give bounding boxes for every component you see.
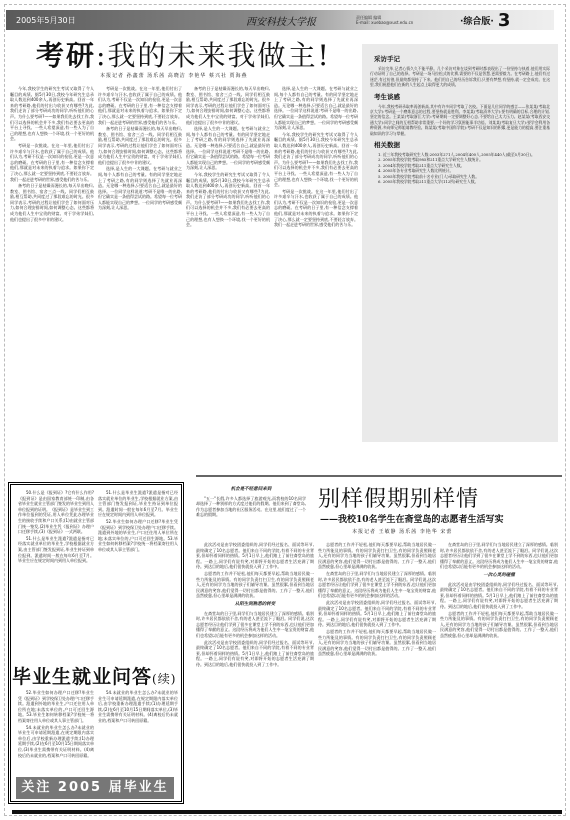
paragraph: 此次活动是由学校团委组织的,同学们经过报名、面试等环节,最终确定了10名志愿者。… xyxy=(440,582,558,610)
article2-column-3: 在斋堂岛的日子里,同学们与当地居民建立了深厚的感情。临别时,许多居民都依依不舍,… xyxy=(440,542,558,806)
paragraph: 在斋堂岛的日子里,同学们与当地居民建立了深厚的感情。临别时,许多居民都依依不舍,… xyxy=(440,542,558,570)
paragraph: 志愿者的工作并不轻松,他们每天都要早起,帮助当地居民做一些力所能及的事情。有的同… xyxy=(318,542,436,570)
article1-byline: 本报记者 孙鑫蕾 汤乐茜 高晓洁 李艳华 蔡兴社 贾海燕 xyxy=(100,72,248,79)
article2-headline: 别样假期别样情 xyxy=(318,482,479,513)
sidebar-text-student-thoughts: 今年,我校考研录取率再创新高,其中有许多同学考取了名校。下面是几位同学的感言——… xyxy=(370,104,550,136)
article1-headline: 考研:我的未来我做主! xyxy=(36,34,331,74)
paragraph: 此次活动是由学校团委组织的,同学们经过报名、面试等环节,最终确定了10名志愿者。… xyxy=(318,600,436,628)
paragraph: 备考的日子是枯燥而漫长的,每天早出晚归,教室、图书馆、宿舍三点一线。同学们相互鼓… xyxy=(186,86,270,125)
qa-column-4: 54.未就业的毕业生怎么办?未就业的毕业生可申请延期派遣,在规定期限内落实单位后… xyxy=(98,690,178,774)
paragraph: 今年,我校考研录取率再创新高,其中有许多同学考取了名校。下面是几位同学的感言——… xyxy=(370,104,550,136)
paragraph: 采访完毕,记者心情久久不能平静。几个采访对象在谈到考研时都表现出了一份坚持与执着… xyxy=(370,66,550,88)
paragraph: 选择,是人生的一大课题。在考研与就业之间,每个人都有自己的考量。有的同学坚定地走… xyxy=(274,86,358,131)
email-line: E-mail: xuebao@xust.edu.cn xyxy=(356,20,413,25)
paragraph: 51.什么是毕业生派遣?派遣是指对已经落实就业单位的毕业生,学校根据就业方案,由… xyxy=(18,536,94,564)
sidebar-heading-related-data: 相关数据 xyxy=(374,140,550,149)
sidebar-data-list: 1. 近三年我校考取研究生人数:2003年271人,2004年400人,2005… xyxy=(370,152,550,184)
bottom-border xyxy=(12,810,562,814)
paragraph: 备考的日子是枯燥而漫长的,每天早出晚归,教室、图书馆、宿舍三点一线。同学们相互鼓… xyxy=(98,126,182,165)
intro-heading: 机会是不经意间来到 xyxy=(196,487,306,493)
article1-column-3: 备考的日子是枯燥而漫长的,每天早出晚归,教室、图书馆、宿舍三点一线。同学们相互鼓… xyxy=(186,86,270,472)
graduates-banner: 关注 2005 届毕业生 xyxy=(16,777,174,799)
article2-intro: 机会是不经意间来到 "五一"长假,许多人都选择了旅游观光,而我校的10名同学却选… xyxy=(196,484,306,540)
paragraph: 54.未就业的毕业生怎么办?未就业的毕业生可申请延期派遣,在规定期限内落实单位后… xyxy=(18,725,94,759)
paragraph: 考研是一次挑战。在这一年里,他们付出了许多艰辛与汗水,也收获了属于自己的成绩。他… xyxy=(274,189,358,228)
paragraph: 选择,是人生的一大课题。在考研与就业之间,每个人都有自己的考量。有的同学坚定地走… xyxy=(186,126,270,171)
masthead-bar: 2005年5月30日 西安科技大学报 责任编辑 编辑 E-mail: xueba… xyxy=(6,10,554,30)
article2-column-2: 志愿者的工作并不轻松,他们每天都要早起,帮助当地居民做一些力所能及的事情。有的同… xyxy=(318,542,436,806)
article2-column-1: 此次活动是由学校团委组织的,同学们经过报名、面试等环节,最终确定了10名志愿者。… xyxy=(196,542,314,806)
article1-column-2: 考研是一次挑战。在这一年里,他们付出了许多艰辛与汗水,也收获了属于自己的成绩。他… xyxy=(98,86,182,472)
paragraph: 54.未就业的毕业生怎么办?未就业的毕业生可申请延期派遣,在规定期限内落实单位后… xyxy=(98,690,178,724)
paragraph: 志愿者的工作并不轻松,他们每天都要早起,帮助当地居民做一些力所能及的事情。有的同… xyxy=(196,571,314,599)
paragraph: 今年,我校学生的研究生考试又取得了令人瞩目的成绩。据5月30日,我校今年研究生总… xyxy=(274,132,358,188)
paragraph: 考研是一次挑战。在这一年里,他们付出了许多艰辛与汗水,也收获了属于自己的成绩。他… xyxy=(10,143,94,182)
article1-column-1: 今年,我校学生的研究生考试又取得了令人瞩目的成绩。据5月30日,我校今年研究生总… xyxy=(10,86,94,472)
sidebar-heading-interview-notes: 采访手记 xyxy=(374,54,550,63)
paragraph: 志愿者的工作并不轻松,他们每天都要早起,帮助当地居民做一些力所能及的事情。有的同… xyxy=(440,611,558,639)
page-number: 3 xyxy=(498,10,511,31)
qa-title: 毕业生就业问答(续) xyxy=(12,662,176,689)
article2-byline: 本报记者 王敏静 汤乐茜 李艳华 宋蕾 xyxy=(352,528,452,535)
paragraph: 52.毕业生如何办理户口迁移?毕业生凭《报到证》到学校保卫处办理户口迁移手续。派… xyxy=(98,519,178,553)
section-label: ·综合版· xyxy=(460,14,494,27)
sidebar-heading-student-thoughts: 考生谈感 xyxy=(374,92,550,101)
paragraph: 今年,我校学生的研究生考试又取得了令人瞩目的成绩。据5月30日,我校今年研究生总… xyxy=(186,172,270,228)
issue-date: 2005年5月30日 xyxy=(6,15,206,26)
newspaper-logo: 西安科技大学报 xyxy=(206,13,356,28)
headline-bold-part: 考研 xyxy=(36,39,96,72)
article1-column-4: 选择,是人生的一大课题。在考研与就业之间,每个人都有自己的考量。有的同学坚定地走… xyxy=(274,86,358,472)
paragraph: 50.什么是《报到证》?它有什么作用?《报到证》是由国家教育部统一印制,由各省毕… xyxy=(18,490,94,535)
paragraph: 志愿者的工作并不轻松,他们每天都要早起,帮助当地居民做一些力所能及的事情。有的同… xyxy=(318,629,436,657)
article2-subheadline: ——我校10名学生在斋堂岛的志愿者生活写实 xyxy=(320,512,504,525)
sidebar-box: 采访手记 采访完毕,记者心情久久不能平静。几个采访对象在谈到考研时都表现出了一份… xyxy=(362,44,558,442)
qa-title-text: 毕业生就业问答 xyxy=(12,666,152,688)
qa-column-1: 50.什么是《报到证》?它有什么作用?《报到证》是由国家教育部统一印制,由各省毕… xyxy=(18,490,94,656)
paragraph: 今年,我校学生的研究生考试又取得了令人瞩目的成绩。据5月30日,我校今年研究生总… xyxy=(10,86,94,142)
paragraph: 备考的日子是枯燥而漫长的,每天早出晚归,教室、图书馆、宿舍三点一线。同学们相互鼓… xyxy=(10,183,94,222)
section-heading: 从陌生到熟悉的转变 xyxy=(196,602,314,608)
data-item: 6. 2005年我校学院考取211重点大学(112所)研究生人数。 xyxy=(370,179,550,184)
qa-title-suffix: (续) xyxy=(152,672,176,686)
qa-column-3: 52.毕业生如何办理户口迁移?毕业生凭《报到证》到学校保卫处办理户口迁移手续。派… xyxy=(18,690,94,774)
paragraph: 此次活动是由学校团委组织的,同学们经过报名、面试等环节,最终确定了10名志愿者。… xyxy=(196,640,314,668)
editor-info: 责任编辑 编辑 E-mail: xuebao@xust.edu.cn xyxy=(356,15,446,25)
paragraph: 考研是一次挑战。在这一年里,他们付出了许多艰辛与汗水,也收获了属于自己的成绩。他… xyxy=(98,86,182,125)
paragraph: 在斋堂岛的日子里,同学们与当地居民建立了深厚的感情。临别时,许多居民都依依不舍,… xyxy=(318,571,436,599)
section-divider xyxy=(196,475,562,477)
paragraph: "五一"长假,许多人都选择了旅游观光,而我校的10名同学却选择了一种别样的方式度… xyxy=(196,496,306,518)
paragraph: 在斋堂岛的日子里,同学们与当地居民建立了深厚的感情。临别时,许多居民都依依不舍,… xyxy=(196,611,314,639)
headline-rest-part: :我的未来我做主! xyxy=(96,39,331,72)
qa-column-2: 51.什么是毕业生派遣?派遣是指对已经落实就业单位的毕业生,学校根据就业方案,由… xyxy=(98,490,178,656)
section-heading: 一次心灵的碰撞 xyxy=(440,573,558,579)
paragraph: 52.毕业生如何办理户口迁移?毕业生凭《报到证》到学校保卫处办理户口迁移手续。派… xyxy=(18,690,94,724)
sidebar-text-interview-notes: 采访完毕,记者心情久久不能平静。几个采访对象在谈到考研时都表现出了一份坚持与执着… xyxy=(370,66,550,88)
paragraph: 此次活动是由学校团委组织的,同学们经过报名、面试等环节,最终确定了10名志愿者。… xyxy=(196,542,314,570)
paragraph: 51.什么是毕业生派遣?派遣是指对已经落实就业单位的毕业生,学校根据就业方案,由… xyxy=(98,490,178,518)
paragraph: 选择,是人生的一大课题。在考研与就业之间,每个人都有自己的考量。有的同学坚定地走… xyxy=(98,166,182,211)
